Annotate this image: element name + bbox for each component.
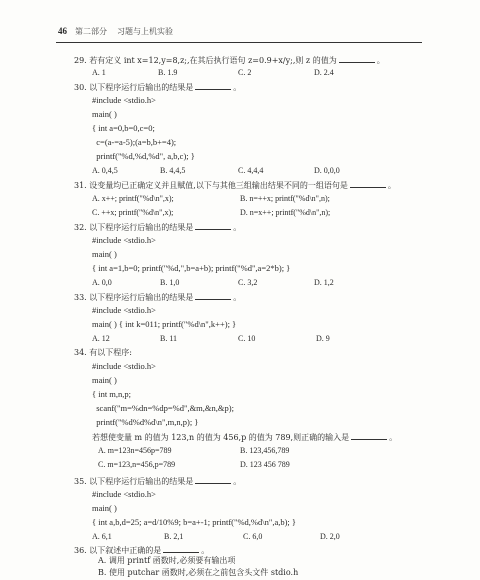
question-33-option-c: C. 10 xyxy=(238,333,255,344)
question-34-code-line: #include <stdio.h> xyxy=(92,361,156,372)
answer-blank xyxy=(195,81,231,90)
question-29-option-d: D. 2.4 xyxy=(314,67,334,78)
question-35-code-line: { int a,b,d=25; a=d/10%9; b=a+-1; printf… xyxy=(92,517,296,528)
question-29-stem: 29. 若有定义 int x=12,y=8,z;,在其后执行语句 z=0.9+x… xyxy=(74,54,385,66)
header-divider xyxy=(56,42,422,43)
question-36-option-a: A. 调用 printf 函数时,必须要有输出项 xyxy=(98,555,235,566)
question-30-code-line: main( ) xyxy=(92,109,117,120)
question-29-option-b: B. 1.9 xyxy=(158,67,177,78)
part-title: 第二部分 xyxy=(75,26,107,37)
question-35-option-d: D. 2,0 xyxy=(320,531,340,542)
question-31-option-c: C. ++x; printf("%d\n",x); xyxy=(92,207,173,218)
question-31-stem: 31. 设变量均已正确定义并且赋值,以下与其他三组输出结果不同的一组语句是。 xyxy=(74,179,396,191)
question-30-option-d: D. 0,0,0 xyxy=(314,165,340,176)
question-33-option-a: A. 12 xyxy=(92,333,110,344)
question-35-stem: 35. 以下程序运行后输出的结果是。 xyxy=(74,475,241,487)
question-34-option-b: B. 123,456,789 xyxy=(240,445,289,456)
question-32-option-a: A. 0,0 xyxy=(92,277,112,288)
question-33-stem: 33. 以下程序运行后输出的结果是。 xyxy=(74,291,241,303)
question-32-option-d: D. 1,2 xyxy=(314,277,334,288)
textbook-page: 46 第二部分 习题与上机实验 29. 若有定义 int x=12,y=8,z;… xyxy=(0,0,480,580)
question-34-option-a: A. m=123n=456p=789 xyxy=(98,445,172,456)
answer-blank xyxy=(163,544,199,553)
question-34-code-line: scanf("m=%dn=%dp=%d",&m,&n,&p); xyxy=(92,403,234,414)
answer-blank xyxy=(350,179,386,188)
question-33-code-line: main( ) { int k=011; printf("%d\n",k++);… xyxy=(92,319,236,330)
question-34-code-line: printf("%d%d%d\n",m,n,p); } xyxy=(92,417,198,428)
question-31-option-a: A. x++; printf("%d\n",x); xyxy=(92,193,174,204)
question-34-code-line: main( ) xyxy=(92,375,117,386)
question-34-option-d: D. 123 456 789 xyxy=(240,459,290,470)
chapter-title: 习题与上机实验 xyxy=(117,26,173,37)
answer-blank xyxy=(195,291,231,300)
question-33-option-b: B. 11 xyxy=(160,333,177,344)
question-35-code-line: #include <stdio.h> xyxy=(92,489,156,500)
question-34-code-line: { int m,n,p; xyxy=(92,389,131,400)
question-30-stem: 30. 以下程序运行后输出的结果是。 xyxy=(74,81,241,93)
question-30-code-line: printf("%d,%d,%d", a,b,c); } xyxy=(92,151,195,162)
question-30-option-c: C. 4,4,4 xyxy=(238,165,263,176)
question-30-code-line: #include <stdio.h> xyxy=(92,95,156,106)
question-34-stem: 34. 有以下程序: xyxy=(74,347,132,358)
question-31-option-b: B. n=++x; printf("%d\n",n); xyxy=(240,193,330,204)
question-29-option-a: A. 1 xyxy=(92,67,106,78)
question-32-stem: 32. 以下程序运行后输出的结果是。 xyxy=(74,221,241,233)
answer-blank xyxy=(339,54,375,63)
question-35-option-c: C. 6,0 xyxy=(243,531,262,542)
question-34-option-c: C. m=123,n=456,p=789 xyxy=(98,459,175,470)
question-32-option-c: C. 3,2 xyxy=(238,277,257,288)
question-30-option-b: B. 4,4,5 xyxy=(160,165,185,176)
answer-blank xyxy=(351,431,387,440)
question-35-option-b: B. 2,1 xyxy=(164,531,183,542)
question-32-code-line: #include <stdio.h> xyxy=(92,235,156,246)
question-30-option-a: A. 0,4,5 xyxy=(92,165,118,176)
page-number: 46 xyxy=(58,26,67,36)
question-33-option-d: D. 9 xyxy=(316,333,330,344)
question-30-code-line: { int a=0,b=0,c=0; xyxy=(92,123,155,134)
question-35-option-a: A. 6,1 xyxy=(92,531,112,542)
page-header: 46 第二部分 习题与上机实验 xyxy=(58,26,424,40)
question-31-option-d: D. n=x++; printf("%d\n",n); xyxy=(240,207,330,218)
question-29-option-c: C. 2 xyxy=(238,67,251,78)
question-34-followup: 若想使变量 m 的值为 123,n 的值为 456,p 的值为 789,则正确的… xyxy=(92,431,397,443)
question-36-option-b: B. 使用 putchar 函数时,必须在之前包含头文件 stdio.h xyxy=(98,567,298,578)
question-32-code-line: main( ) xyxy=(92,249,117,260)
question-35-code-line: main( ) xyxy=(92,503,117,514)
question-32-option-b: B. 1,0 xyxy=(160,277,179,288)
question-33-code-line: #include <stdio.h> xyxy=(92,305,156,316)
question-32-code-line: { int a=1,b=0; printf("%d,",b=a+b); prin… xyxy=(92,263,290,274)
answer-blank xyxy=(195,221,231,230)
question-30-code-line: c=(a-=a-5);(a=b,b+=4); xyxy=(92,137,176,148)
answer-blank xyxy=(195,475,231,484)
